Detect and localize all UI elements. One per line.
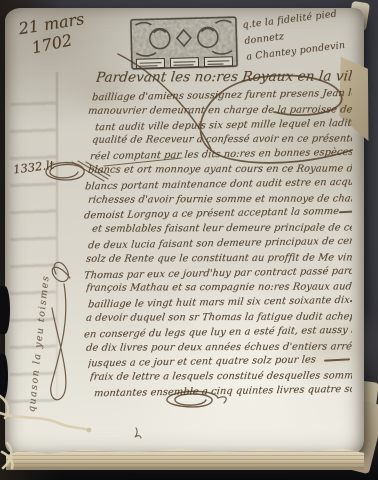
line-filler-dash bbox=[324, 358, 350, 361]
manuscript-line-text: montantes ensemble a cinq quintes livres… bbox=[94, 383, 352, 399]
manuscript-line-text: jusques a ce jour et cent quatre solz po… bbox=[88, 355, 317, 370]
manuscript-line-text: a devoir duquel son sr Thomas la fatigue… bbox=[86, 311, 352, 323]
manuscript-line-text: et semblables faisant leur demeure princ… bbox=[92, 222, 352, 234]
manuscript-line-text: demoist Lorgnoy a ce présent acceptant l… bbox=[84, 206, 340, 221]
torn-edge-gap bbox=[0, 354, 8, 398]
manuscript-line-text: réel comptant par les dits no:res en bon… bbox=[90, 146, 352, 162]
line-filler-dash bbox=[339, 210, 352, 213]
manuscript-line-text: bailliage le vingt huit mars mil six cen… bbox=[88, 295, 350, 311]
manuscript-line-text: de deux lucia faisant son demeure princi… bbox=[88, 235, 352, 251]
manuscript-body: Pardevant les no:res Royaux en la ville … bbox=[0, 67, 352, 399]
manuscript-line-text: manouvrier demeurant en charge de la par… bbox=[88, 104, 352, 117]
manuscript-line-text: fraix de lettre a lesquels constitué des… bbox=[90, 370, 352, 382]
manuscript-line-text: blancs et ort monnoye ayant cours en ce … bbox=[88, 163, 352, 175]
manuscript-line-text: françois Mathau et sa compagnie no:res R… bbox=[86, 282, 352, 294]
manuscript-photo-scene: 21 mars 1702 q.te la fidelité pied donne… bbox=[0, 0, 378, 480]
manuscript-line-text: Pardevant les no:res Royaux en la ville … bbox=[96, 68, 352, 86]
manuscript-line-text: en consergé du legs que luy en a esté fa… bbox=[84, 323, 352, 340]
manuscript-line-text: Thomas par eux ce jourd'huy par contract… bbox=[84, 265, 352, 281]
manuscript-line: Pardevant les no:res Royaux en la ville … bbox=[96, 66, 352, 87]
manuscript-line-text: solz de Rente que le constituant au prof… bbox=[86, 252, 352, 264]
manuscript-line-text: blancs portant maintenance dont audit es… bbox=[85, 176, 352, 192]
manuscript-line-text: qualité de Receveur a confessé avoir en … bbox=[92, 133, 352, 146]
manuscript-line-text: richesses d'avoir fournie somme et monno… bbox=[88, 193, 352, 206]
manuscript-line: montantes ensemble a cinq quintes livres… bbox=[94, 382, 352, 401]
manuscript-line-text: tant audit ville depuis six sept mille l… bbox=[95, 117, 352, 133]
manuscript-line-text: de dix livres pour deux années échues d'… bbox=[86, 341, 352, 354]
torn-edge-gap bbox=[0, 286, 10, 334]
manuscript-line-text: bailliage d'amiens soussignez furent pre… bbox=[92, 87, 352, 103]
